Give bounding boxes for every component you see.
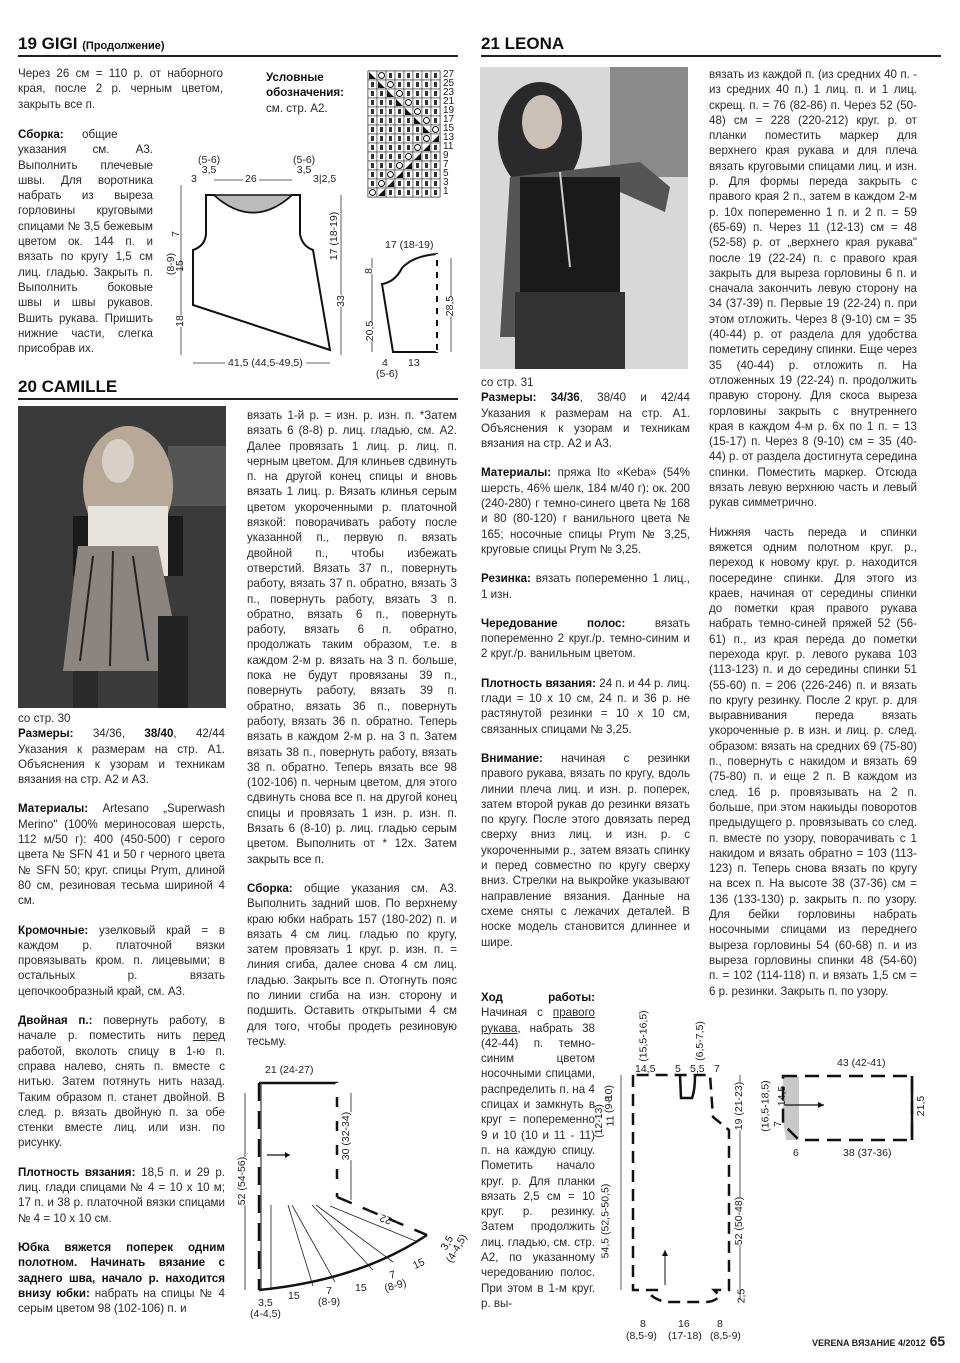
legend-label: Условные обозначения: xyxy=(266,71,344,99)
dim-17: 17 (18-19) xyxy=(328,212,340,260)
dim-left-edge: 3 xyxy=(191,173,197,185)
dim-neck: 26 xyxy=(243,173,259,185)
leona-dim-t3: 5,5 xyxy=(690,1063,705,1075)
leona-work-b: набрать 38 (42-44) п. темно-синим цветом… xyxy=(481,1022,595,1310)
dim-sleeve-8: 8 xyxy=(363,268,375,274)
chart-row-number: 1 xyxy=(443,187,454,196)
dim-width: 41,5 (44,5-49,5) xyxy=(225,357,306,369)
leona-col1: со стр. 31 Размеры: 34/36, 38/40 и 42/44… xyxy=(481,375,690,964)
leona-dim-t4: 7 xyxy=(714,1063,720,1075)
section-title-camille: 20 CAMILLE xyxy=(18,377,458,400)
camille-skirt-diagram: 21 (24-27) 52 (54-56) 30 (32-34) 22 3,5 … xyxy=(230,1060,470,1350)
section-title-leona: 21 LEONA xyxy=(481,34,941,57)
camille-photo-image xyxy=(18,406,226,708)
leona-dim-b16: 16 xyxy=(678,1318,690,1330)
sleeve-dim-38: 38 (37-36) xyxy=(843,1147,891,1159)
leona-body-diagram: 14,5 5 5,5 7 (15,5-16,5) (6,5-7,5) 8 11 … xyxy=(600,1005,765,1345)
leona-dim-r19: 19 (21-23) xyxy=(733,1082,745,1130)
camille-double-b: работой, вколоть спицу в 1-ю п. справа н… xyxy=(18,1045,225,1150)
sleeve-dim-165: (16,5-18,5) xyxy=(760,1080,772,1131)
leona-title: 21 LEONA xyxy=(481,34,564,53)
dim-18: 18 xyxy=(174,315,186,327)
leona-col3: вязать из каждой п. (из средних 40 п. - … xyxy=(709,67,917,1013)
stitch-chart: 27252321191715131197531 xyxy=(367,70,467,210)
dim-sleeve-13: 13 xyxy=(408,357,420,369)
dim-top-right: (5-6) 3,5 xyxy=(293,155,315,175)
camille-size-2: 38/40 xyxy=(144,727,173,740)
skirt-dim-top: 21 (24-27) xyxy=(265,1064,313,1076)
leona-sizes-rest: , 38/40 и 42/44 xyxy=(580,391,690,404)
camille-sizes-note: Указания к размерам на стр. А1. Объяснен… xyxy=(18,743,225,787)
gigi-intro-block: Через 26 см = 110 р. от наборного края, … xyxy=(18,66,223,126)
camille-col2: вязать 1-й р. = изн. р. изн. п. *Затем в… xyxy=(247,408,457,1063)
camille-materials-label: Материалы: xyxy=(18,802,88,815)
dim-right-edge: 3|2,5 xyxy=(313,173,336,185)
gigi-sleeve-diagram: 17 (18-19) 8 20,5 28,5 4 13 (5-6) xyxy=(360,235,465,380)
leona-work-a: Начиная с xyxy=(481,1006,553,1019)
leona-materials: пряжа Ito «Keba» (54% шерсть, 46% шелк, … xyxy=(481,466,690,555)
camille-assembly: общие указания см. А3. Выполнить задний … xyxy=(247,882,457,1048)
leona-dim-l1213: (12-13) xyxy=(593,1104,605,1138)
sleeve-dim-145: 14,5 xyxy=(776,1086,788,1106)
camille-sizes-label: Размеры: xyxy=(18,727,74,740)
leona-dim-r25: 2,5 xyxy=(735,1289,747,1304)
leona-attention: начиная с резинки правого рукава, вязать… xyxy=(481,752,690,949)
leona-dim-v155: (15,5-16,5) xyxy=(638,1010,650,1061)
skirt-dim-right: 30 (32-34) xyxy=(340,1112,352,1160)
leona-materials-label: Материалы: xyxy=(481,466,551,479)
dim-sleeve-20-5: 20,5 xyxy=(364,321,376,341)
legend-ref: см. стр. А2. xyxy=(266,102,328,115)
leona-sizes-note: Указания к размерам на стр. А1. Объяснен… xyxy=(481,407,690,451)
camille-edge-label: Кромочные: xyxy=(18,924,88,937)
skirt-dim-b4: 15 xyxy=(355,1282,367,1294)
gigi-subtitle: (Продолжение) xyxy=(82,40,164,52)
dim-33: 33 xyxy=(335,295,347,307)
camille-size-3: , 42/44 xyxy=(173,727,225,740)
skirt-dim-b3: 7 (8-9) xyxy=(318,1286,340,1308)
leona-photo-ref: со стр. 31 xyxy=(481,375,690,390)
leona-gauge-label: Плотность вязания: xyxy=(481,677,596,690)
leona-dim-l11: 11 xyxy=(604,1116,616,1127)
leona-col3-b: Нижняя часть переда и спинки вяжется одн… xyxy=(709,525,917,999)
page-footer: VERENA ВЯЗАНИЕ 4/201265 xyxy=(812,1333,945,1349)
chart-row-numbers: 27252321191715131197531 xyxy=(443,70,454,196)
skirt-dim-left: 52 (54-56) xyxy=(236,1157,248,1205)
camille-photo xyxy=(18,406,226,708)
camille-gauge-label: Плотность вязания: xyxy=(18,1166,135,1179)
leona-dim-r52: 52 (50-48) xyxy=(733,1197,745,1245)
sleeve-dim-6: 6 xyxy=(793,1147,799,1159)
leona-sizes-label: Размеры: xyxy=(481,391,537,404)
magazine-name: VERENA ВЯЗАНИЕ 4/2012 xyxy=(812,1338,926,1348)
leona-photo xyxy=(480,67,688,369)
camille-size-1: 34/36, xyxy=(93,727,125,740)
sleeve-dim-7: 7 xyxy=(772,1121,784,1127)
sleeve-dim-215: 21,5 xyxy=(915,1096,927,1116)
leona-dim-b8a2: (8,5-9) xyxy=(626,1330,657,1342)
leona-rib-label: Резинка: xyxy=(481,572,531,585)
skirt-dim-b2: 15 xyxy=(288,1290,300,1302)
leona-stripes-label: Чередование полос: xyxy=(481,617,625,630)
page-number: 65 xyxy=(930,1333,946,1349)
camille-title: 20 CAMILLE xyxy=(18,377,117,396)
gigi-intro: Через 26 см = 110 р. от наборного края, … xyxy=(18,66,223,112)
leona-sleeve-diagram: 43 (42-41) 14,5 7 (16,5-18,5) 21,5 6 38 … xyxy=(765,1055,935,1165)
leona-dim-b8b2: (8,5-9) xyxy=(710,1330,741,1342)
dim-top-left: (5-6) 3,5 xyxy=(198,155,220,175)
gigi-legend: Условные обозначения: см. стр. А2. xyxy=(266,70,361,116)
gigi-assembly-text: общие указания см. А3. Выполнить плечевы… xyxy=(18,128,153,355)
camille-materials: Artesano „Superwash Merino" (100% мерино… xyxy=(18,802,225,907)
camille-instructions: вязать 1-й р. = изн. р. изн. п. *Затем в… xyxy=(247,408,457,867)
sleeve-dim-top: 43 (42-41) xyxy=(837,1057,885,1069)
leona-dim-b8b: 8 xyxy=(717,1318,723,1330)
camille-col1: со стр. 30 Размеры: 34/36, 38/40, 42/44 … xyxy=(18,711,225,1330)
camille-photo-ref: со стр. 30 xyxy=(18,711,225,726)
gigi-title: 19 GIGI xyxy=(18,34,78,53)
camille-assembly-label: Сборка: xyxy=(247,882,293,895)
gigi-body-diagram: (5-6) 3,5 (5-6) 3,5 26 3 3|2,5 7 (8-9) 1… xyxy=(170,150,360,380)
dim-7a: 7 xyxy=(170,231,182,237)
gigi-assembly: общие указания см. А3. Выполнить плечевы… xyxy=(18,127,153,356)
skirt-dim-b1: 3,5 (4-4,5) xyxy=(250,1298,281,1320)
leona-col3-a: вязать из каждой п. (из средних 40 п. - … xyxy=(709,67,917,511)
camille-double-label: Двойная п.: xyxy=(18,1014,92,1027)
leona-dim-t2: 5 xyxy=(675,1063,681,1075)
leona-attention-label: Внимание: xyxy=(481,752,543,765)
dim-sleeve-top: 17 (18-19) xyxy=(385,239,433,251)
leona-photo-image xyxy=(480,67,688,369)
leona-dim-b8a: 8 xyxy=(640,1318,646,1330)
leona-dim-l545: 54,5 (52,5-50,5) xyxy=(599,1184,611,1259)
leona-dim-t1: 14,5 xyxy=(635,1063,655,1075)
camille-double-underlined: перед xyxy=(193,1029,225,1042)
dim-sleeve-28-5: 28,5 xyxy=(444,296,456,316)
leona-dim-v65: (6,5-7,5) xyxy=(694,1021,706,1061)
dim-15: 15 xyxy=(174,260,186,272)
leona-work-block: Ход работы: Начиная с правого рукава, на… xyxy=(481,990,595,1311)
leona-work-label: Ход работы: xyxy=(481,991,595,1004)
leona-size-bold: 34/36 xyxy=(551,391,580,404)
leona-dim-b16b: (17-18) xyxy=(668,1330,702,1342)
section-title-gigi: 19 GIGI (Продолжение) xyxy=(18,34,458,57)
